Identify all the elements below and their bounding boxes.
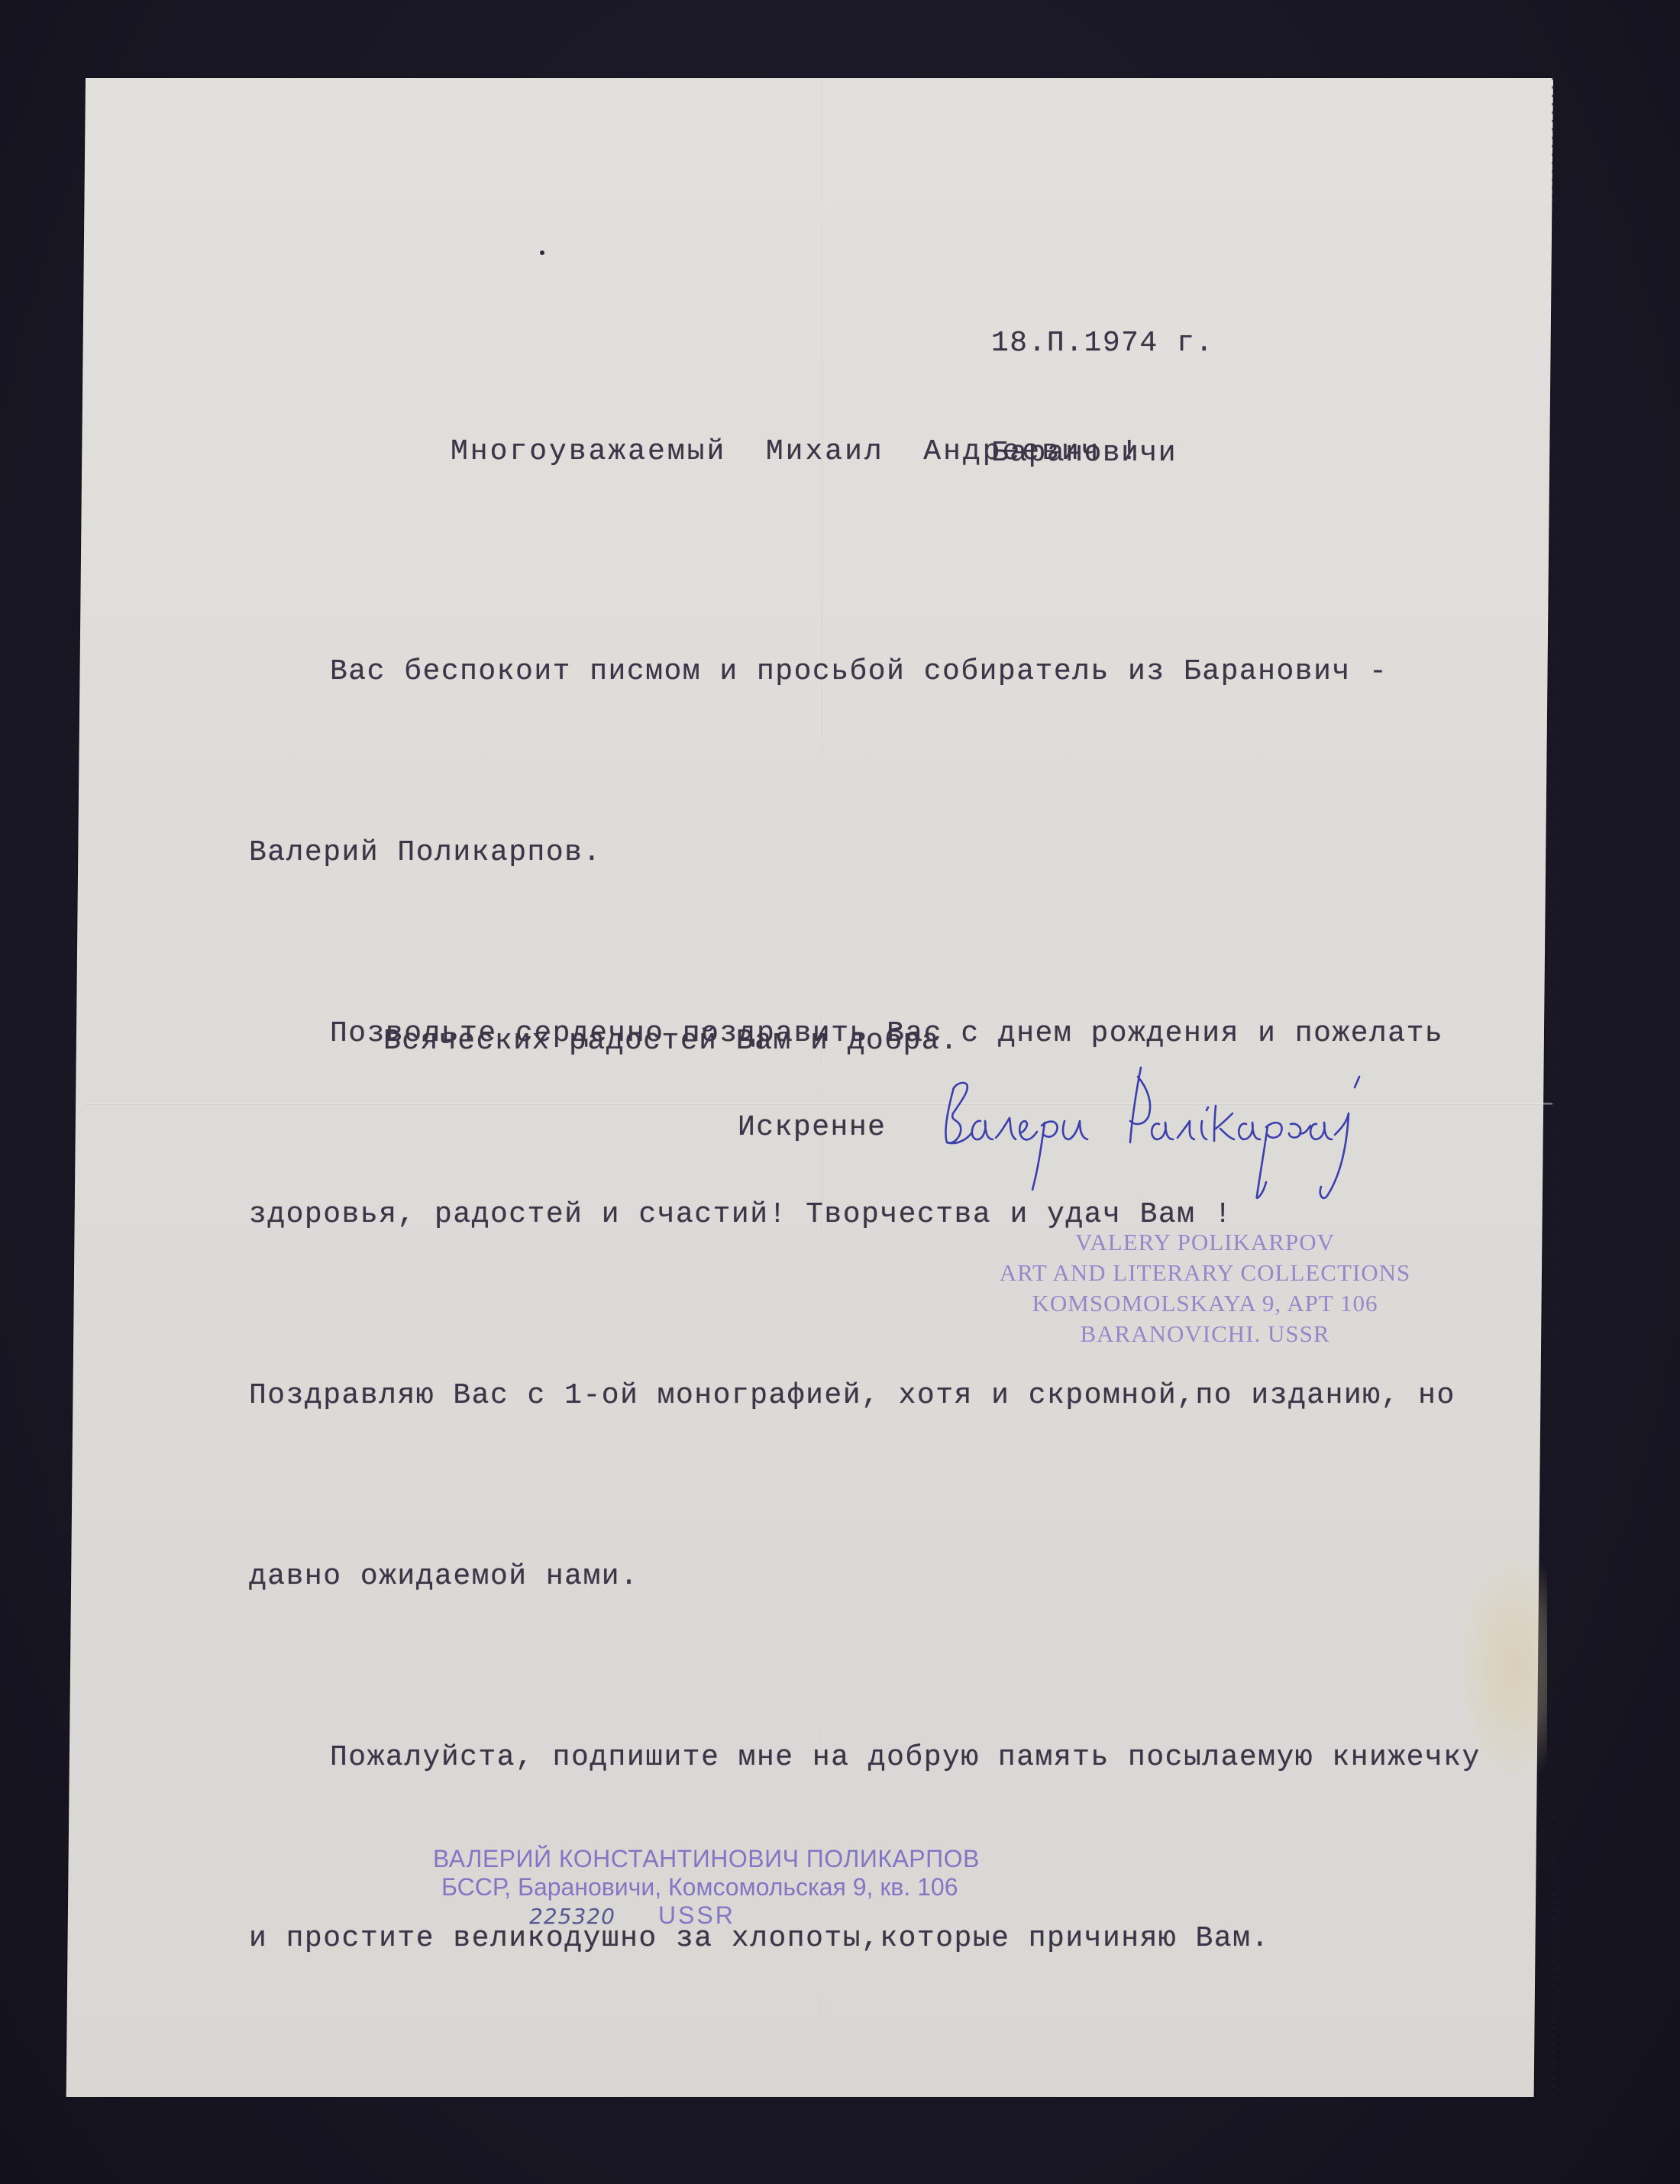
stamp-country: USSR <box>658 1901 735 1929</box>
body-line: Валерий Поликарпов. <box>249 822 1562 883</box>
postal-code: 225320 <box>529 1904 615 1929</box>
body-line: Поздравляю Вас с 1-ой монографией, хотя … <box>249 1365 1562 1426</box>
letter-date: 18.П.1974 г. <box>991 325 1214 362</box>
stamp-street: KOMSOMOLSKAYA 9, APT 106 <box>961 1288 1449 1319</box>
date-place-block: 18.П.1974 г. Барановичи <box>991 252 1214 545</box>
stamp-name: VALERY POLIKARPOV <box>961 1227 1449 1258</box>
body-line: давно ожидаемой нами. <box>249 1546 1562 1607</box>
ink-speck <box>540 250 544 255</box>
salutation: Многоуважаемый Михаил Андреевич ! <box>451 435 1140 468</box>
closing-line: Всяческих радостей Вам и добра. <box>383 1025 958 1058</box>
stamp-title: ART AND LITERARY COLLECTIONS <box>961 1258 1449 1288</box>
english-address-stamp: VALERY POLIKARPOV ART AND LITERARY COLLE… <box>961 1227 1449 1349</box>
body-line: Пожалуйста, подпишите мне на добрую памя… <box>249 1727 1562 1788</box>
russian-address-stamp: ВАЛЕРИЙ КОНСТАНТИНОВИЧ ПОЛИКАРПОВ БССР, … <box>433 1845 1136 1930</box>
sign-off: Искренне <box>738 1111 886 1144</box>
handwritten-signature: Валерий Поликарпов <box>930 1060 1419 1213</box>
stamp-city: BARANOVICHI. USSR <box>961 1319 1449 1349</box>
stamp-postal-line: 225320USSR <box>433 1901 1136 1930</box>
stamp-address: БССР, Барановичи, Комсомольская 9, кв. 1… <box>433 1873 1136 1901</box>
body-line: Вас беспокоит писмом и просьбой собирате… <box>249 641 1562 702</box>
signature-icon <box>930 1060 1419 1213</box>
letter-content: 18.П.1974 г. Барановичи Многоуважаемый М… <box>86 78 1553 2097</box>
stamp-full-name: ВАЛЕРИЙ КОНСТАНТИНОВИЧ ПОЛИКАРПОВ <box>433 1845 1136 1873</box>
